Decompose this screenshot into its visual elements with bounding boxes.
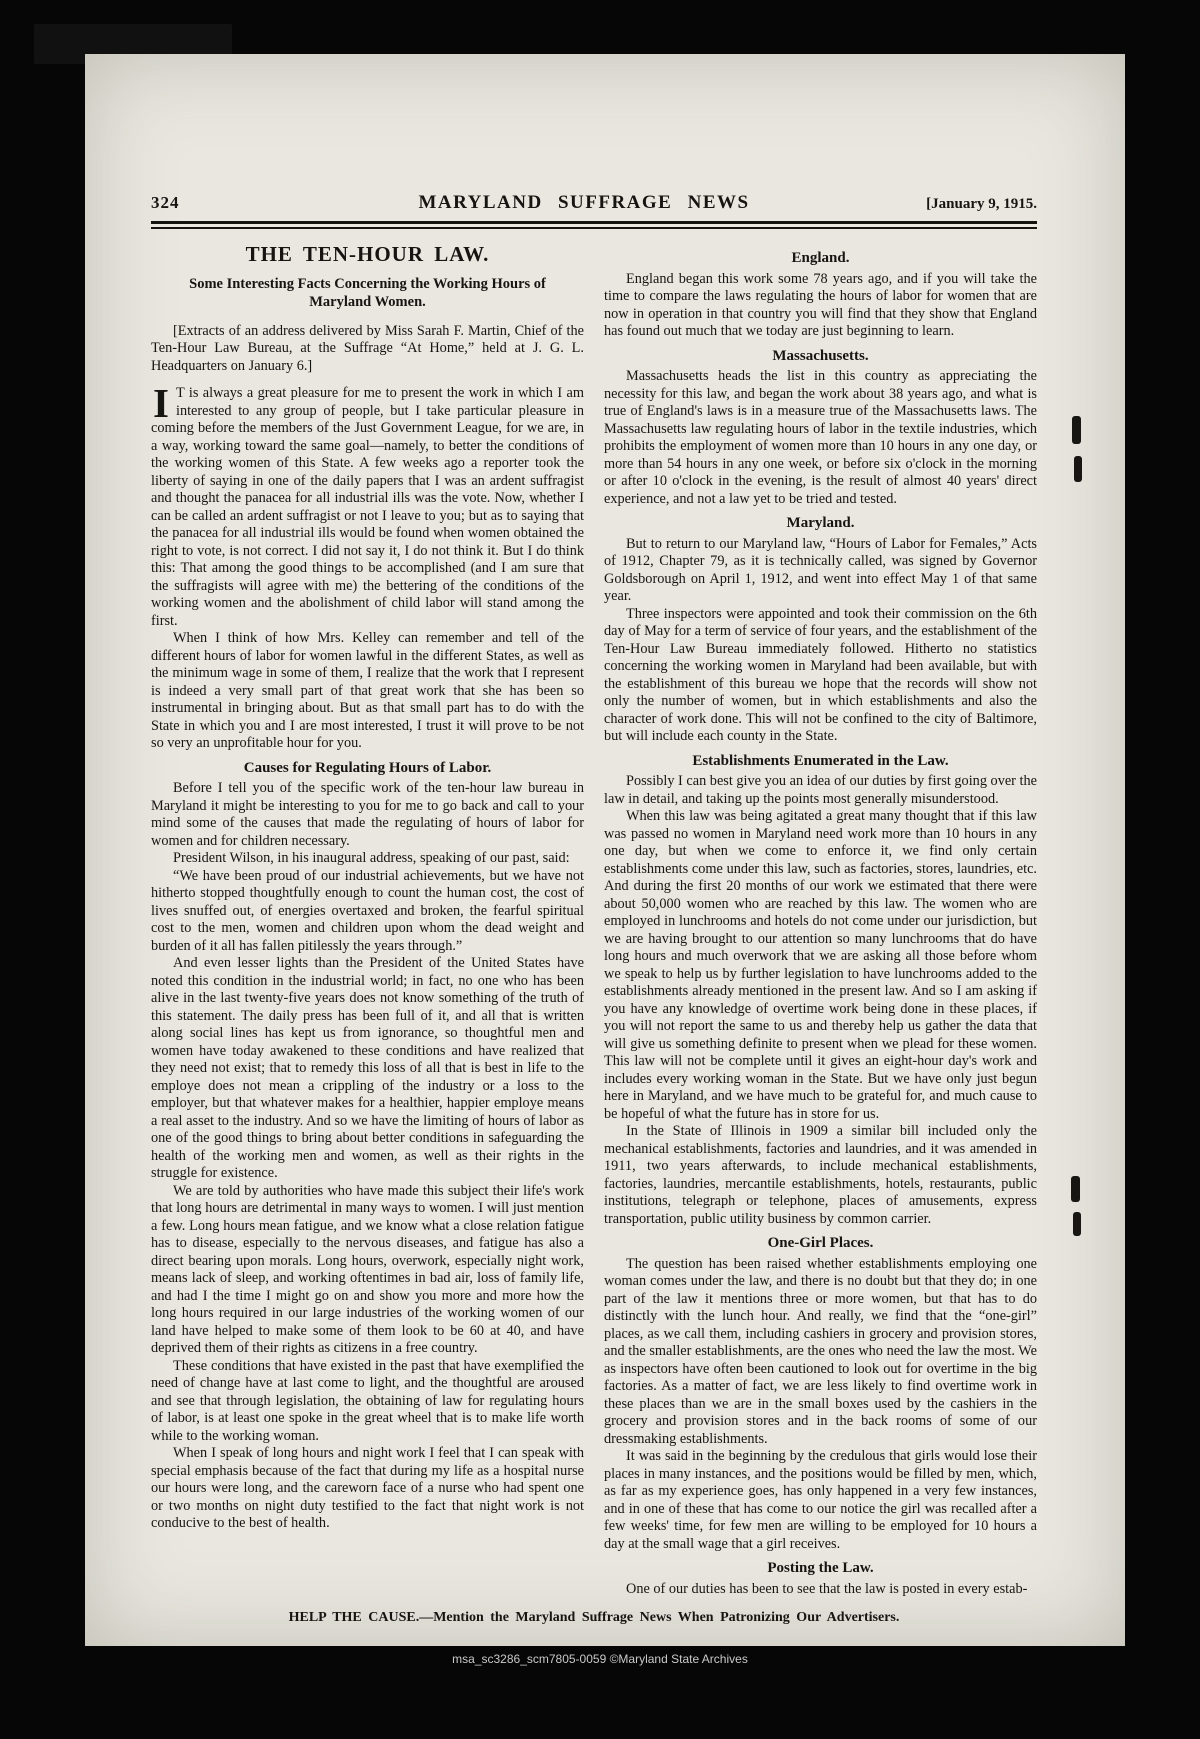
article-paragraph: When this law was being agitated a great… [604,808,1037,1123]
section-heading: Establishments Enumerated in the Law. [604,753,1037,771]
ink-smudge [1073,1212,1081,1236]
article-paragraph: Massachusetts heads the list in this cou… [604,368,1037,508]
article-paragraph: But to return to our Maryland law, “Hour… [604,536,1037,606]
article-paragraph: Before I tell you of the specific work o… [151,780,584,850]
article-paragraph: IT is always a great pleasure for me to … [151,385,584,630]
drop-cap: I [151,385,176,419]
article-paragraph: We are told by authorities who have made… [151,1183,584,1358]
article-paragraph: One of our duties has been to see that t… [604,1581,1037,1599]
page-content: 324 MARYLAND SUFFRAGE NEWS [January 9, 1… [85,54,1125,1644]
ink-smudge [1072,416,1081,444]
section-heading: Posting the Law. [604,1560,1037,1578]
article-paragraph: In the State of Illinois in 1909 a simil… [604,1123,1037,1228]
section-heading: England. [604,250,1037,268]
article-paragraph: England began this work some 78 years ag… [604,271,1037,341]
article-paragraph: It was said in the beginning by the cred… [604,1448,1037,1553]
article-paragraph: Possibly I can best give you an idea of … [604,773,1037,808]
left-column: THE TEN-HOUR LAW. Some Interesting Facts… [151,243,584,1598]
help-the-cause-line: HELP THE CAUSE.—Mention the Maryland Suf… [151,1610,1037,1644]
article-title: THE TEN-HOUR LAW. [151,246,584,264]
issue-date: [January 9, 1915. [887,196,1037,213]
page-header: 324 MARYLAND SUFFRAGE NEWS [January 9, 1… [151,192,1037,214]
masthead-title: MARYLAND SUFFRAGE NEWS [281,192,887,214]
article-paragraph: When I think of how Mrs. Kelley can reme… [151,630,584,753]
article-columns: THE TEN-HOUR LAW. Some Interesting Facts… [151,243,1037,1598]
masthead-rule [151,221,1037,229]
article-paragraph: When I speak of long hours and night wor… [151,1445,584,1533]
section-heading: Massachusetts. [604,348,1037,366]
section-heading: Maryland. [604,515,1037,533]
article-paragraph: “We have been proud of our industrial ac… [151,868,584,956]
ink-smudge [1074,456,1082,482]
article-paragraph: Three inspectors were appointed and took… [604,606,1037,746]
right-column-blocks: England.England began this work some 78 … [604,250,1037,1598]
article-subtitle: Some Interesting Facts Concerning the Wo… [157,275,578,311]
ink-smudge [1071,1176,1080,1202]
left-column-blocks: [Extracts of an address delivered by Mis… [151,323,584,1533]
archive-stamp: msa_sc3286_scm7805-0059 ©Maryland State … [0,1652,1200,1666]
section-heading: Causes for Regulating Hours of Labor. [151,760,584,778]
editorial-note: [Extracts of an address delivered by Mis… [151,323,584,376]
newspaper-page: 324 MARYLAND SUFFRAGE NEWS [January 9, 1… [85,54,1125,1646]
section-heading: One-Girl Places. [604,1235,1037,1253]
right-column: England.England began this work some 78 … [604,243,1037,1598]
page-number: 324 [151,193,281,213]
article-paragraph: And even lesser lights than the Presiden… [151,955,584,1183]
article-paragraph: President Wilson, in his inaugural addre… [151,850,584,868]
article-paragraph: These conditions that have existed in th… [151,1358,584,1446]
article-paragraph: The question has been raised whether est… [604,1256,1037,1449]
